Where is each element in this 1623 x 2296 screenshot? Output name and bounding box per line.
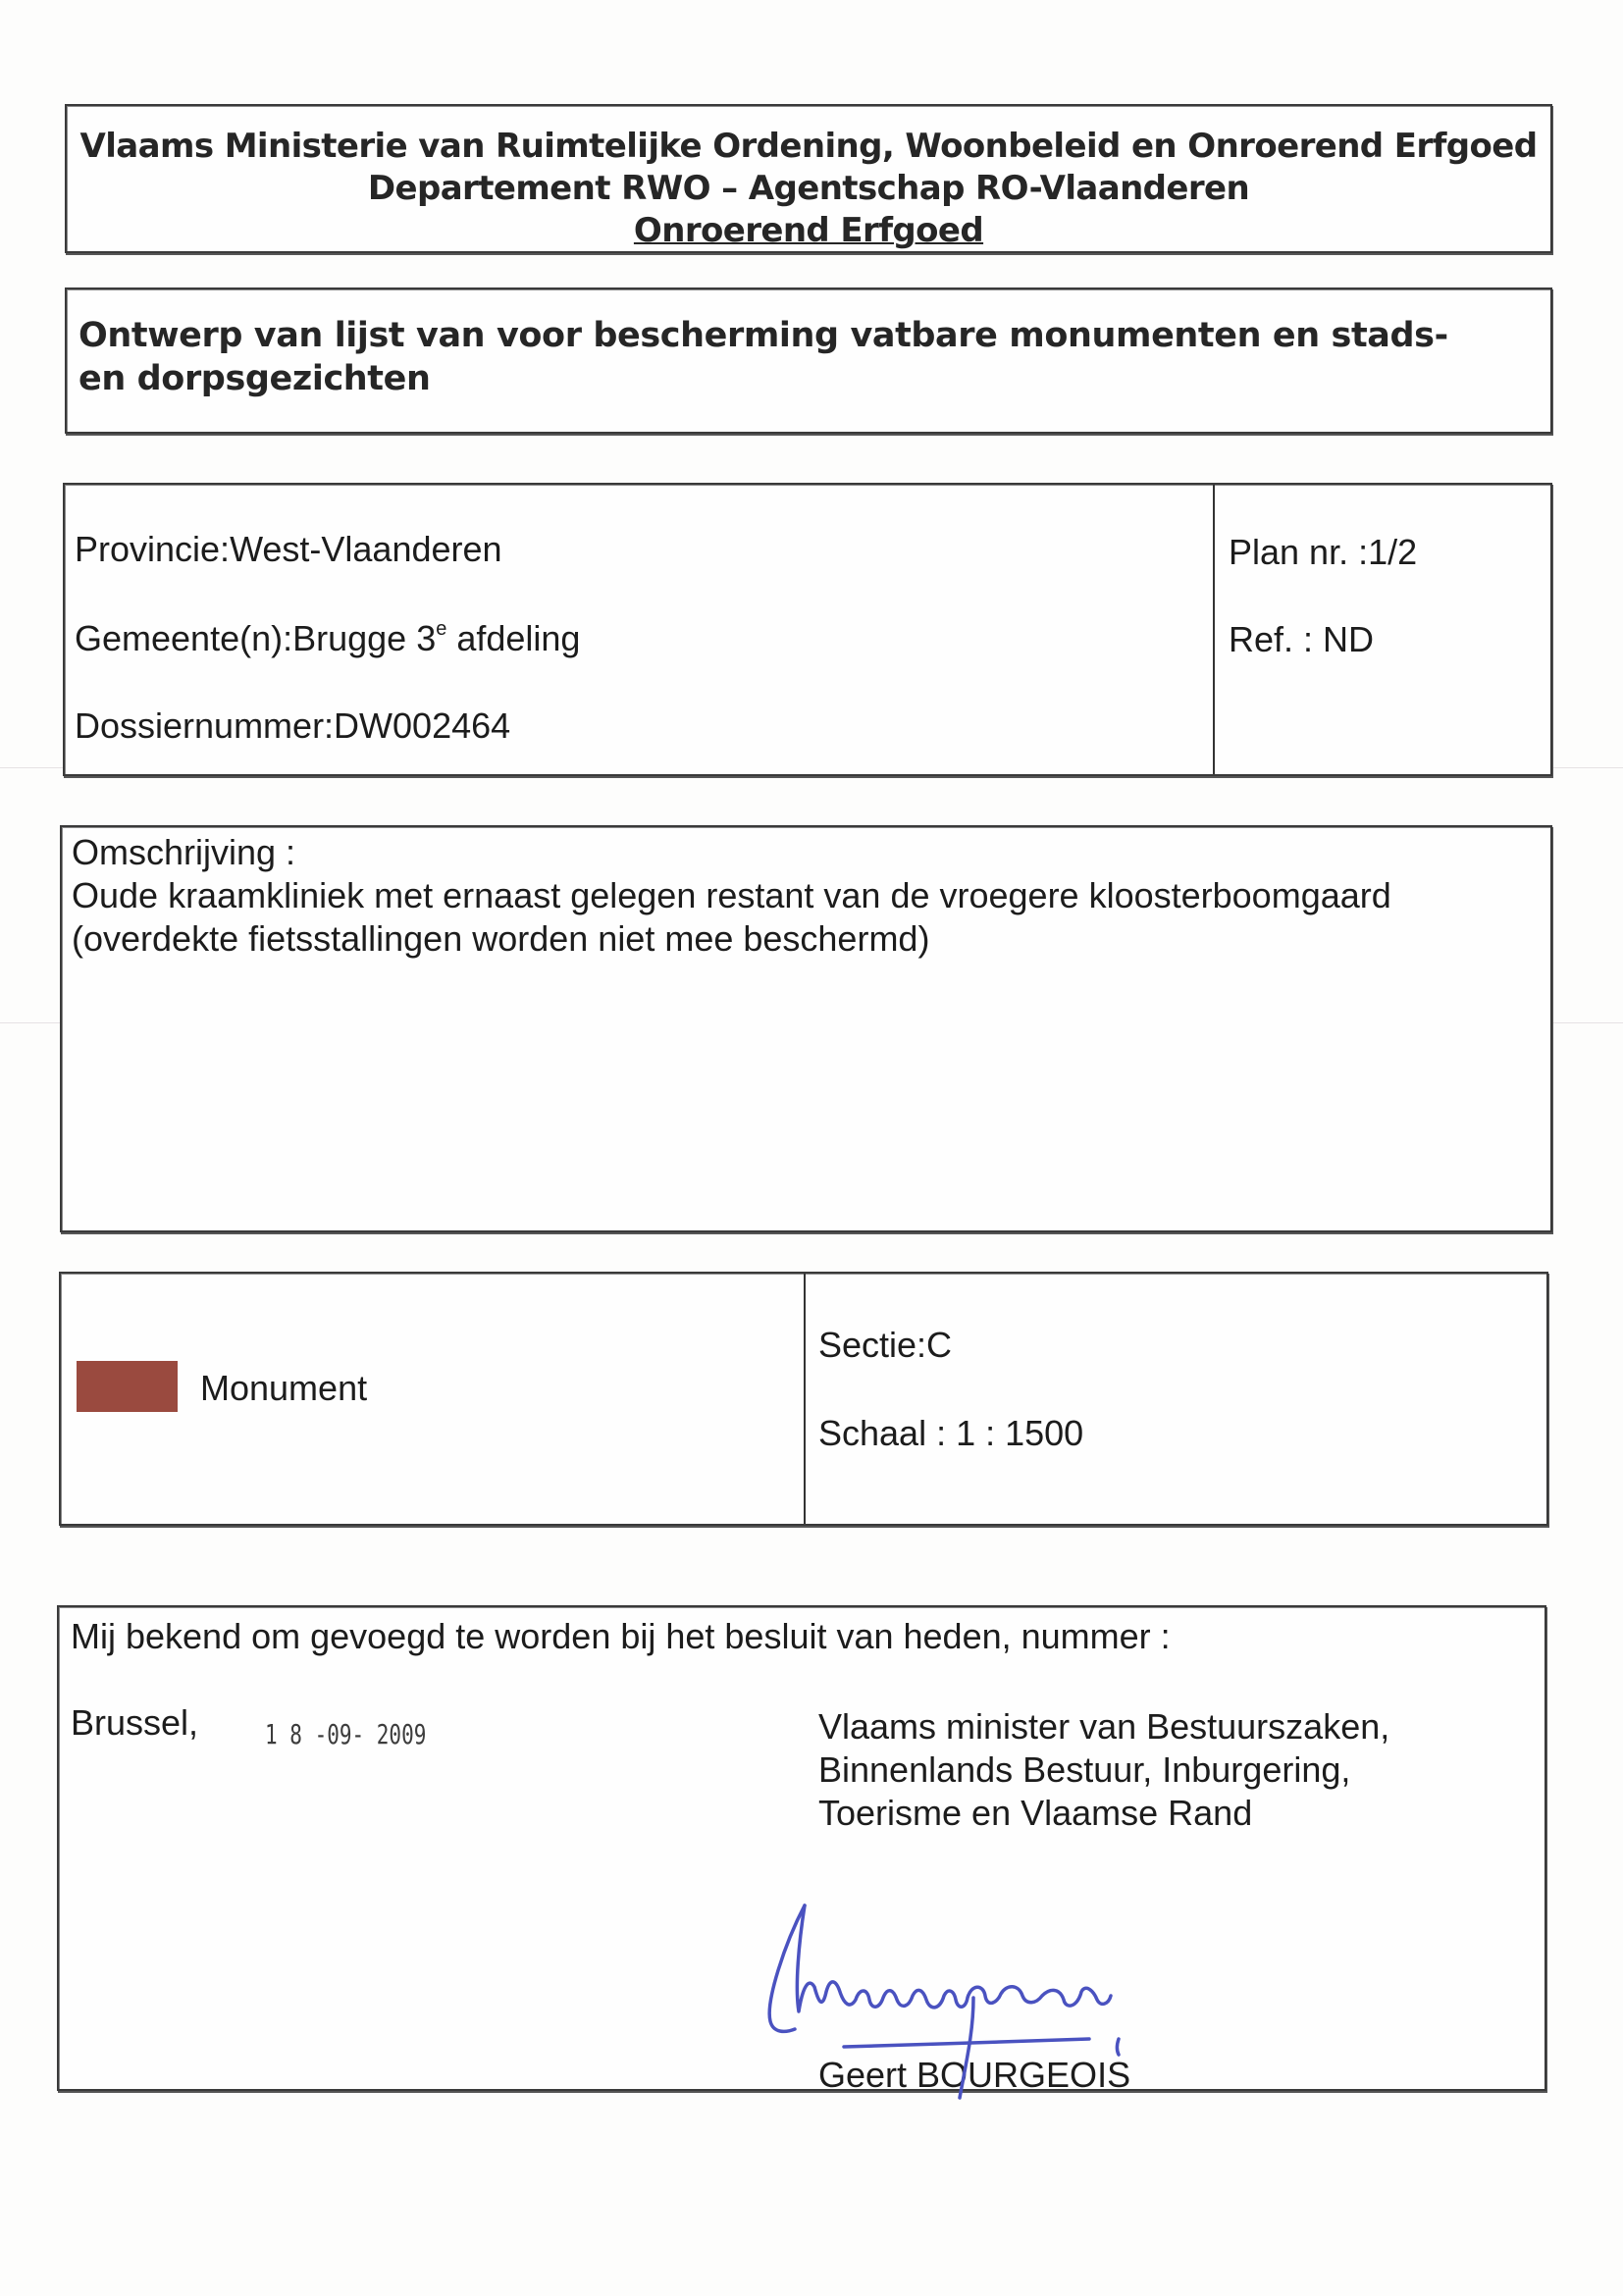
place-label: Brussel, [71, 1703, 198, 1743]
minister-title-line-3: Toerisme en Vlaamse Rand [818, 1794, 1252, 1833]
reference: Ref. : ND [1229, 620, 1374, 659]
department-name: Departement RWO – Agentschap RO-Vlaander… [67, 168, 1550, 210]
description-label: Omschrijving : [72, 833, 295, 872]
gemeente-ordinal: e [436, 618, 446, 640]
document-title: Ontwerp van lijst van voor bescherming v… [79, 314, 1472, 400]
ministry-header-box: Vlaams Ministerie van Ruimtelijke Ordeni… [65, 104, 1552, 253]
ministry-name: Vlaams Ministerie van Ruimtelijke Ordeni… [67, 126, 1550, 168]
dossiernummer-field: Dossiernummer:DW002464 [75, 706, 510, 746]
gemeente-text: Gemeente(n):Brugge 3 [75, 618, 436, 658]
legend-box: Monument Sectie:C Schaal : 1 : 1500 [59, 1272, 1548, 1526]
date-stamp: 1 8 -09- 2009 [265, 1715, 426, 1754]
minister-title-line-2: Binnenlands Bestuur, Inburgering, [818, 1750, 1350, 1790]
monument-legend-swatch [77, 1361, 178, 1412]
provincie-field: Provincie:West-Vlaanderen [75, 530, 502, 569]
column-divider [1213, 485, 1215, 774]
gemeente-field: Gemeente(n):Brugge 3e afdeling [75, 619, 580, 658]
description-box: Omschrijving : Oude kraamkliniek met ern… [60, 825, 1552, 1232]
description-line-1: Oude kraamkliniek met ernaast gelegen re… [72, 876, 1391, 915]
identification-box: Provincie:West-Vlaanderen Gemeente(n):Br… [63, 483, 1552, 776]
column-divider [804, 1274, 806, 1524]
sectie-field: Sectie:C [818, 1326, 952, 1365]
plan-number: Plan nr. :1/2 [1229, 533, 1417, 572]
gemeente-suffix: afdeling [446, 618, 580, 658]
statement-text: Mij bekend om gevoegd te worden bij het … [71, 1617, 1171, 1656]
document-title-box: Ontwerp van lijst van voor bescherming v… [65, 287, 1552, 434]
handwritten-signature [765, 1894, 1335, 2110]
schaal-field: Schaal : 1 : 1500 [818, 1414, 1083, 1453]
agency-name: Onroerend Erfgoed [67, 210, 1550, 252]
monument-legend-label: Monument [200, 1369, 367, 1408]
description-line-2: (overdekte fietsstallingen worden niet m… [72, 919, 929, 959]
minister-title-line-1: Vlaams minister van Bestuurszaken, [818, 1707, 1389, 1747]
